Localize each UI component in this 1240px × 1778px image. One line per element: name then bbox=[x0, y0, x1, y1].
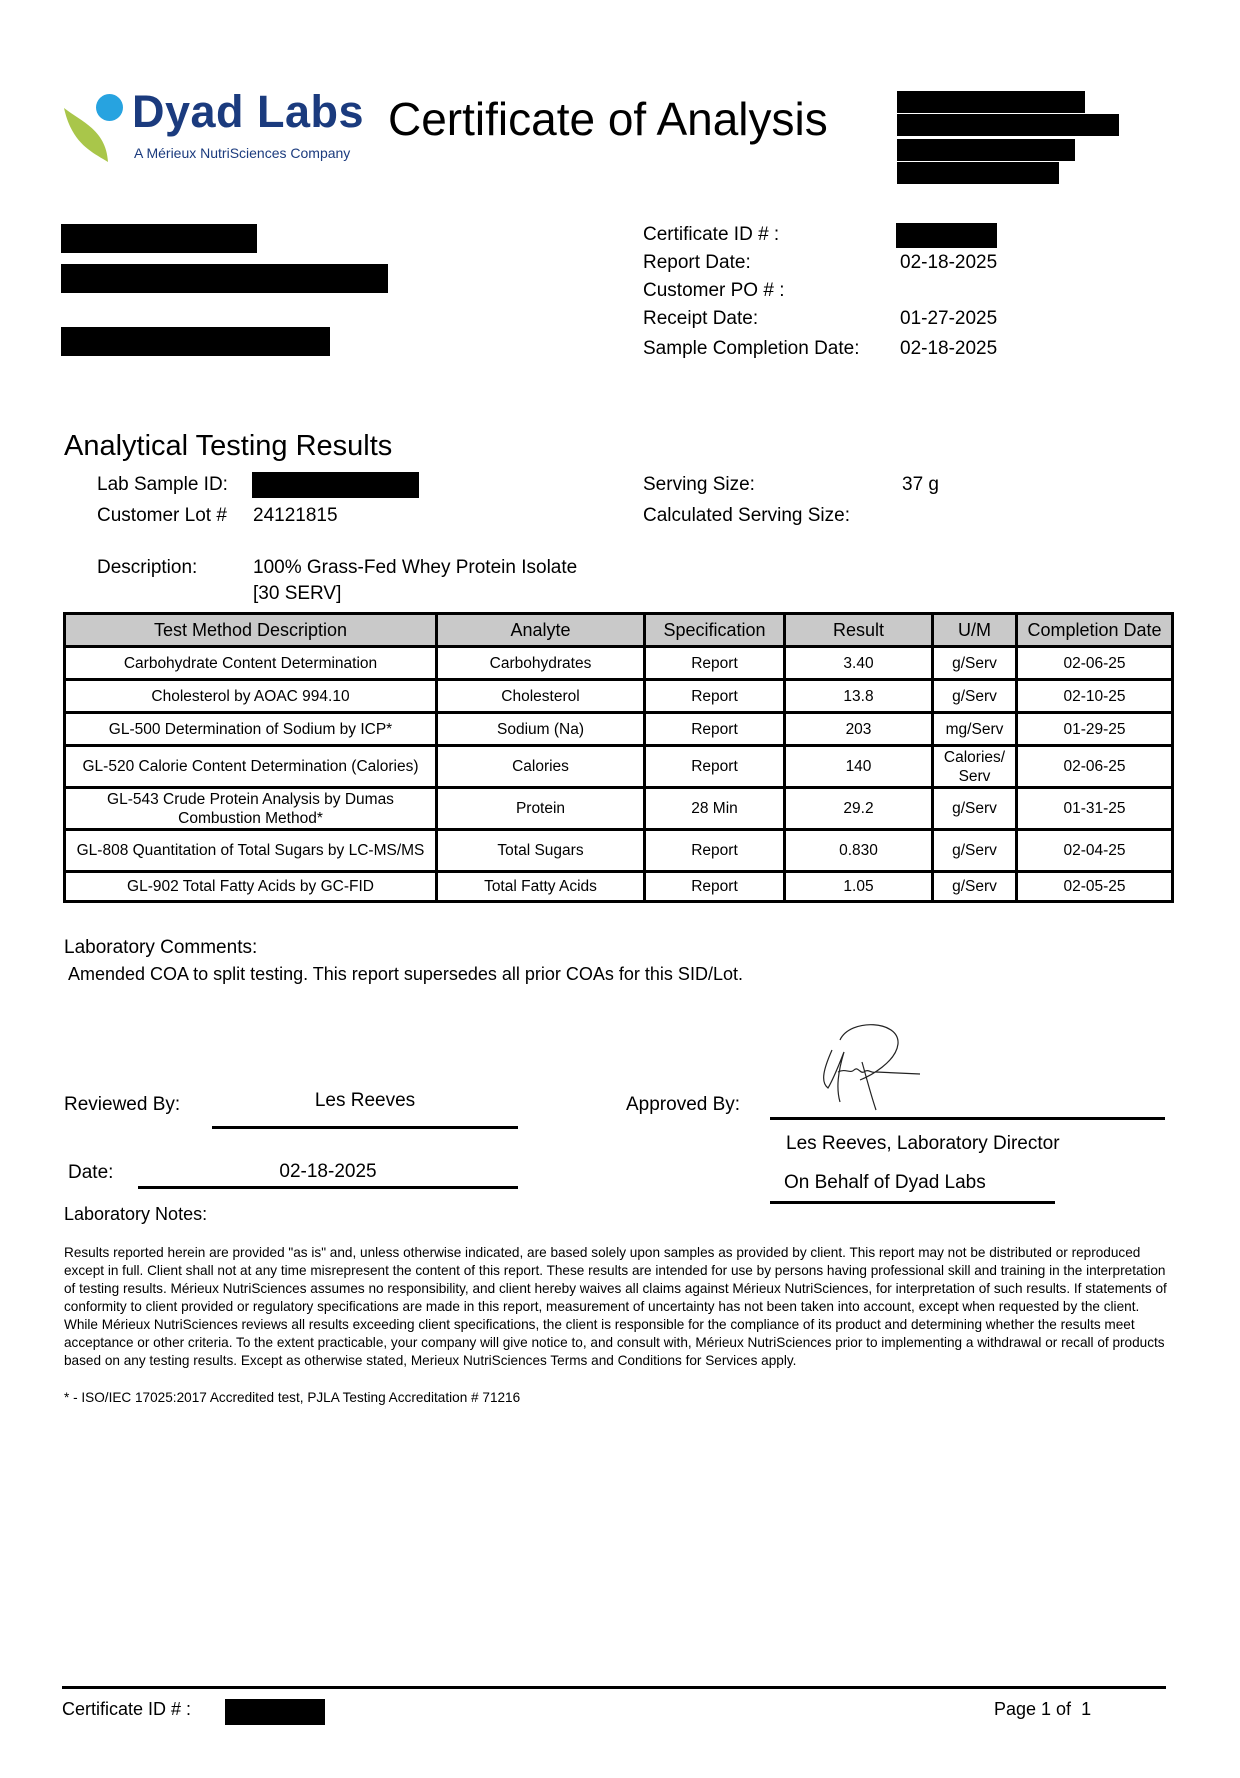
cell-result: 13.8 bbox=[785, 680, 933, 713]
customer-lot-label: Customer Lot # bbox=[97, 505, 227, 527]
redacted-customer-city bbox=[61, 327, 330, 356]
reviewed-by-line bbox=[212, 1126, 518, 1129]
customer-po-label: Customer PO # : bbox=[643, 280, 785, 302]
approver-title: Les Reeves, Laboratory Director bbox=[786, 1133, 1060, 1155]
cell-date: 02-05-25 bbox=[1017, 872, 1173, 902]
header-specification: Specification bbox=[645, 614, 785, 647]
lab-comments-label: Laboratory Comments: bbox=[64, 937, 257, 959]
cell-date: 02-06-25 bbox=[1017, 647, 1173, 680]
redacted-customer-address bbox=[61, 264, 388, 293]
document-title: Certificate of Analysis bbox=[388, 92, 828, 146]
dyad-labs-logo: Dyad Labs A Mérieux NutriSciences Compan… bbox=[62, 90, 382, 170]
cell-result: 0.830 bbox=[785, 830, 933, 872]
calc-serving-size-label: Calculated Serving Size: bbox=[643, 505, 850, 527]
header-analyte: Analyte bbox=[437, 614, 645, 647]
lab-sample-id-value-redacted bbox=[252, 472, 419, 498]
lab-notes-label: Laboratory Notes: bbox=[64, 1204, 207, 1225]
lab-comments-text: Amended COA to split testing. This repor… bbox=[68, 964, 743, 985]
cell-analyte: Calories bbox=[437, 746, 645, 788]
brand-name: Dyad Labs bbox=[132, 86, 364, 138]
lab-notes-text: Results reported herein are provided "as… bbox=[64, 1244, 1176, 1370]
cell-method: GL-902 Total Fatty Acids by GC-FID bbox=[65, 872, 437, 902]
cell-analyte: Carbohydrates bbox=[437, 647, 645, 680]
signature-icon bbox=[810, 1022, 940, 1114]
description-label: Description: bbox=[97, 557, 197, 579]
cell-method: Cholesterol by AOAC 994.10 bbox=[65, 680, 437, 713]
reviewed-by-label: Reviewed By: bbox=[64, 1094, 180, 1116]
cell-method: Carbohydrate Content Determination bbox=[65, 647, 437, 680]
table-header-row: Test Method Description Analyte Specific… bbox=[65, 614, 1173, 647]
approved-by-line bbox=[770, 1117, 1165, 1120]
header-completion-date: Completion Date bbox=[1017, 614, 1173, 647]
header-test-method: Test Method Description bbox=[65, 614, 437, 647]
cell-result: 3.40 bbox=[785, 647, 933, 680]
receipt-date-label: Receipt Date: bbox=[643, 308, 758, 330]
serving-size-value: 37 g bbox=[902, 474, 939, 496]
certificate-id-value-redacted bbox=[896, 223, 997, 248]
cell-um: g/Serv bbox=[933, 647, 1017, 680]
cell-um: Calories/ Serv bbox=[933, 746, 1017, 788]
approver-org: On Behalf of Dyad Labs bbox=[784, 1172, 986, 1194]
description-line-1: 100% Grass-Fed Whey Protein Isolate bbox=[253, 557, 577, 579]
cell-um: g/Serv bbox=[933, 680, 1017, 713]
cell-result: 29.2 bbox=[785, 788, 933, 830]
certificate-id-label: Certificate ID # : bbox=[643, 224, 779, 246]
date-value: 02-18-2025 bbox=[138, 1161, 518, 1183]
cell-method: GL-808 Quantitation of Total Sugars by L… bbox=[65, 830, 437, 872]
cell-date: 02-06-25 bbox=[1017, 746, 1173, 788]
date-label: Date: bbox=[68, 1162, 113, 1184]
cell-date: 02-10-25 bbox=[1017, 680, 1173, 713]
redacted-customer-name bbox=[61, 224, 257, 253]
cell-method: GL-520 Calorie Content Determination (Ca… bbox=[65, 746, 437, 788]
report-date-value: 02-18-2025 bbox=[900, 252, 997, 274]
cell-date: 02-04-25 bbox=[1017, 830, 1173, 872]
cell-method: GL-543 Crude Protein Analysis by Dumas C… bbox=[65, 788, 437, 830]
table-row: GL-808 Quantitation of Total Sugars by L… bbox=[65, 830, 1173, 872]
footer-certificate-id-redacted bbox=[225, 1699, 325, 1725]
table-row: GL-902 Total Fatty Acids by GC-FID Total… bbox=[65, 872, 1173, 902]
redacted-address-line-3 bbox=[897, 139, 1075, 161]
cell-date: 01-29-25 bbox=[1017, 713, 1173, 746]
reviewed-by-value: Les Reeves bbox=[212, 1090, 518, 1112]
cell-date: 01-31-25 bbox=[1017, 788, 1173, 830]
table-row: GL-520 Calorie Content Determination (Ca… bbox=[65, 746, 1173, 788]
table-row: Cholesterol by AOAC 994.10 Cholesterol R… bbox=[65, 680, 1173, 713]
date-line bbox=[138, 1186, 518, 1189]
cell-result: 140 bbox=[785, 746, 933, 788]
cell-spec: Report bbox=[645, 680, 785, 713]
cell-spec: Report bbox=[645, 647, 785, 680]
table-row: Carbohydrate Content Determination Carbo… bbox=[65, 647, 1173, 680]
cell-um: g/Serv bbox=[933, 872, 1017, 902]
customer-lot-value: 24121815 bbox=[253, 505, 338, 527]
footer-certificate-id-label: Certificate ID # : bbox=[62, 1699, 191, 1720]
cell-spec: Report bbox=[645, 872, 785, 902]
cell-spec: Report bbox=[645, 713, 785, 746]
header-result: Result bbox=[785, 614, 933, 647]
sample-completion-value: 02-18-2025 bbox=[900, 338, 997, 360]
cell-analyte: Total Fatty Acids bbox=[437, 872, 645, 902]
cell-spec: Report bbox=[645, 830, 785, 872]
cell-result: 203 bbox=[785, 713, 933, 746]
page-number: Page 1 of 1 bbox=[994, 1699, 1091, 1720]
approved-by-label: Approved By: bbox=[626, 1094, 740, 1116]
approver-org-line bbox=[770, 1201, 1055, 1204]
accreditation-footnote: * - ISO/IEC 17025:2017 Accredited test, … bbox=[64, 1390, 520, 1405]
cell-analyte: Sodium (Na) bbox=[437, 713, 645, 746]
section-title: Analytical Testing Results bbox=[64, 430, 392, 463]
header-um: U/M bbox=[933, 614, 1017, 647]
cell-analyte: Total Sugars bbox=[437, 830, 645, 872]
redacted-address-line-4 bbox=[897, 162, 1059, 184]
cell-analyte: Cholesterol bbox=[437, 680, 645, 713]
brand-tagline: A Mérieux NutriSciences Company bbox=[134, 145, 350, 161]
cell-spec: 28 Min bbox=[645, 788, 785, 830]
redacted-address-line-2 bbox=[897, 114, 1119, 136]
table-row: GL-500 Determination of Sodium by ICP* S… bbox=[65, 713, 1173, 746]
cell-spec: Report bbox=[645, 746, 785, 788]
cell-um: mg/Serv bbox=[933, 713, 1017, 746]
cell-um: g/Serv bbox=[933, 788, 1017, 830]
description-line-2: [30 SERV] bbox=[253, 583, 341, 605]
table-row: GL-543 Crude Protein Analysis by Dumas C… bbox=[65, 788, 1173, 830]
cell-um: g/Serv bbox=[933, 830, 1017, 872]
results-table: Test Method Description Analyte Specific… bbox=[63, 612, 1174, 903]
lab-sample-id-label: Lab Sample ID: bbox=[97, 474, 228, 496]
footer-rule bbox=[62, 1686, 1166, 1689]
cell-method: GL-500 Determination of Sodium by ICP* bbox=[65, 713, 437, 746]
receipt-date-value: 01-27-2025 bbox=[900, 308, 997, 330]
redacted-address-line-1 bbox=[897, 91, 1085, 113]
cell-result: 1.05 bbox=[785, 872, 933, 902]
serving-size-label: Serving Size: bbox=[643, 474, 755, 496]
logo-dot-icon bbox=[96, 94, 123, 121]
sample-completion-label: Sample Completion Date: bbox=[643, 338, 860, 360]
report-date-label: Report Date: bbox=[643, 252, 751, 274]
cell-analyte: Protein bbox=[437, 788, 645, 830]
